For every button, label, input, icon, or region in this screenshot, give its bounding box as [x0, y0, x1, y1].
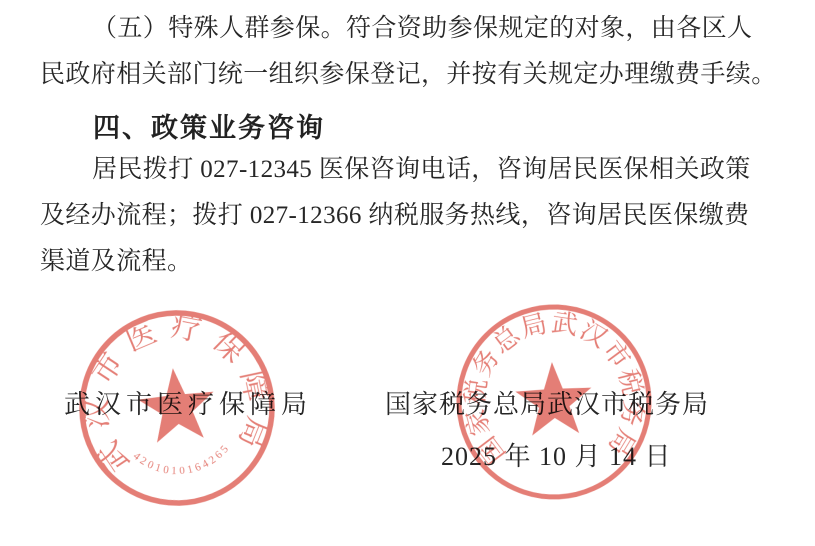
paragraph-consult-line-2: 及经办流程；拨打 027-12366 纳税服务热线，咨询居民医保缴费: [40, 199, 785, 233]
seal-code-text: 4201010164265: [130, 440, 235, 482]
paragraph-consult-line-3: 渠道及流程。: [40, 245, 785, 279]
official-seal-tax-bureau: 国家税务总局武汉市税务局: [449, 297, 659, 507]
paragraph-consult-line-1: 居民拨打 027-12345 医保咨询电话，咨询居民医保相关政策: [40, 153, 815, 187]
paragraph-intro-line-1: （五）特殊人群参保。符合资助参保规定的对象，由各区人: [40, 12, 815, 46]
paragraph-intro-line-2: 民政府相关部门统一组织参保登记，并按有关规定办理缴费手续。: [40, 58, 785, 92]
seal-star-icon: [135, 364, 218, 444]
official-seal-medical-bureau: 武汉市医疗保障局 4201010164265: [67, 298, 287, 518]
seal-star-icon: [514, 360, 594, 436]
document-page: （五）特殊人群参保。符合资助参保规定的对象，由各区人 民政府相关部门统一组织参保…: [0, 0, 815, 546]
section-heading: 四、政策业务咨询: [93, 106, 325, 145]
